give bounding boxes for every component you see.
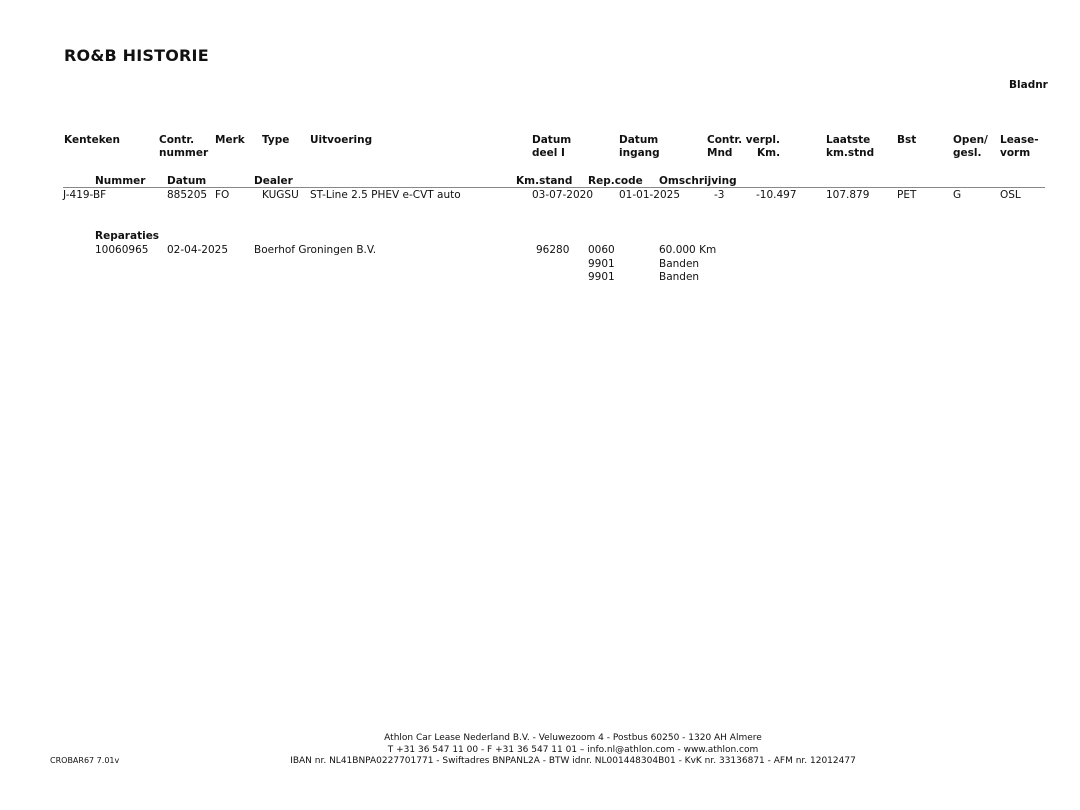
cell-kenteken: J-419-BF	[63, 189, 106, 203]
repair-line-description: Banden	[659, 258, 699, 272]
report-code: CROBAR67 7.01v	[50, 756, 119, 765]
repair-line-code: 9901	[588, 271, 615, 285]
header-datum-deel-2: deel I	[532, 147, 565, 161]
header-contr-nummer-2: nummer	[159, 147, 208, 161]
cell-lease-vorm: OSL	[1000, 189, 1021, 203]
header-open-2: gesl.	[953, 147, 981, 161]
repair-nummer: 10060965	[95, 244, 148, 258]
header-open-1: Open/	[953, 134, 988, 148]
header-datum-ingang-2: ingang	[619, 147, 660, 161]
cell-open-gesl: G	[953, 189, 961, 203]
repair-line-code: 9901	[588, 258, 615, 272]
header-uitvoering: Uitvoering	[310, 134, 372, 148]
header-datum-deel-1: Datum	[532, 134, 571, 148]
cell-laatste-km-stnd: 107.879	[826, 189, 869, 203]
header-laatste-2: km.stnd	[826, 147, 874, 161]
page-number-label: Bladnr	[1009, 79, 1048, 91]
header-km: Km.	[757, 147, 780, 161]
footer-contact: T +31 36 547 11 00 - F +31 36 547 11 01 …	[230, 745, 916, 757]
header-mnd: Mnd	[707, 147, 732, 161]
cell-uitvoering: ST-Line 2.5 PHEV e-CVT auto	[310, 189, 461, 203]
repair-datum: 02-04-2025	[167, 244, 228, 258]
header-bst: Bst	[897, 134, 916, 148]
header-merk: Merk	[215, 134, 245, 148]
repair-line-code: 0060	[588, 244, 615, 258]
repair-dealer: Boerhof Groningen B.V.	[254, 244, 376, 258]
cell-datum-deel-1: 03-07-2020	[532, 189, 593, 203]
header-lease-2: vorm	[1000, 147, 1030, 161]
cell-km: -10.497	[756, 189, 797, 203]
footer-bank-details: IBAN nr. NL41BNPA0227701771 - Swiftadres…	[230, 756, 916, 768]
repair-line-description: Banden	[659, 271, 699, 285]
cell-merk: FO	[215, 189, 229, 203]
repair-line-description: 60.000 Km	[659, 244, 716, 258]
header-contr-verpl: Contr. verpl.	[707, 134, 780, 148]
cell-datum-ingang: 01-01-2025	[619, 189, 680, 203]
repairs-label: Reparaties	[95, 230, 159, 244]
page-title: RO&B HISTORIE	[64, 46, 209, 65]
header-contr-nummer-1: Contr.	[159, 134, 194, 148]
header-laatste-1: Laatste	[826, 134, 870, 148]
cell-contr-nummer: 885205	[167, 189, 207, 203]
cell-bst: PET	[897, 189, 916, 203]
cell-type: KUGSU	[262, 189, 299, 203]
header-divider	[63, 187, 1045, 188]
header-kenteken: Kenteken	[64, 134, 120, 148]
header-lease-1: Lease-	[1000, 134, 1039, 148]
repair-km-stand: 96280	[536, 244, 569, 258]
footer-address: Athlon Car Lease Nederland B.V. - Veluwe…	[230, 733, 916, 745]
header-type: Type	[262, 134, 289, 148]
cell-mnd: -3	[714, 189, 724, 203]
header-datum-ingang-1: Datum	[619, 134, 658, 148]
